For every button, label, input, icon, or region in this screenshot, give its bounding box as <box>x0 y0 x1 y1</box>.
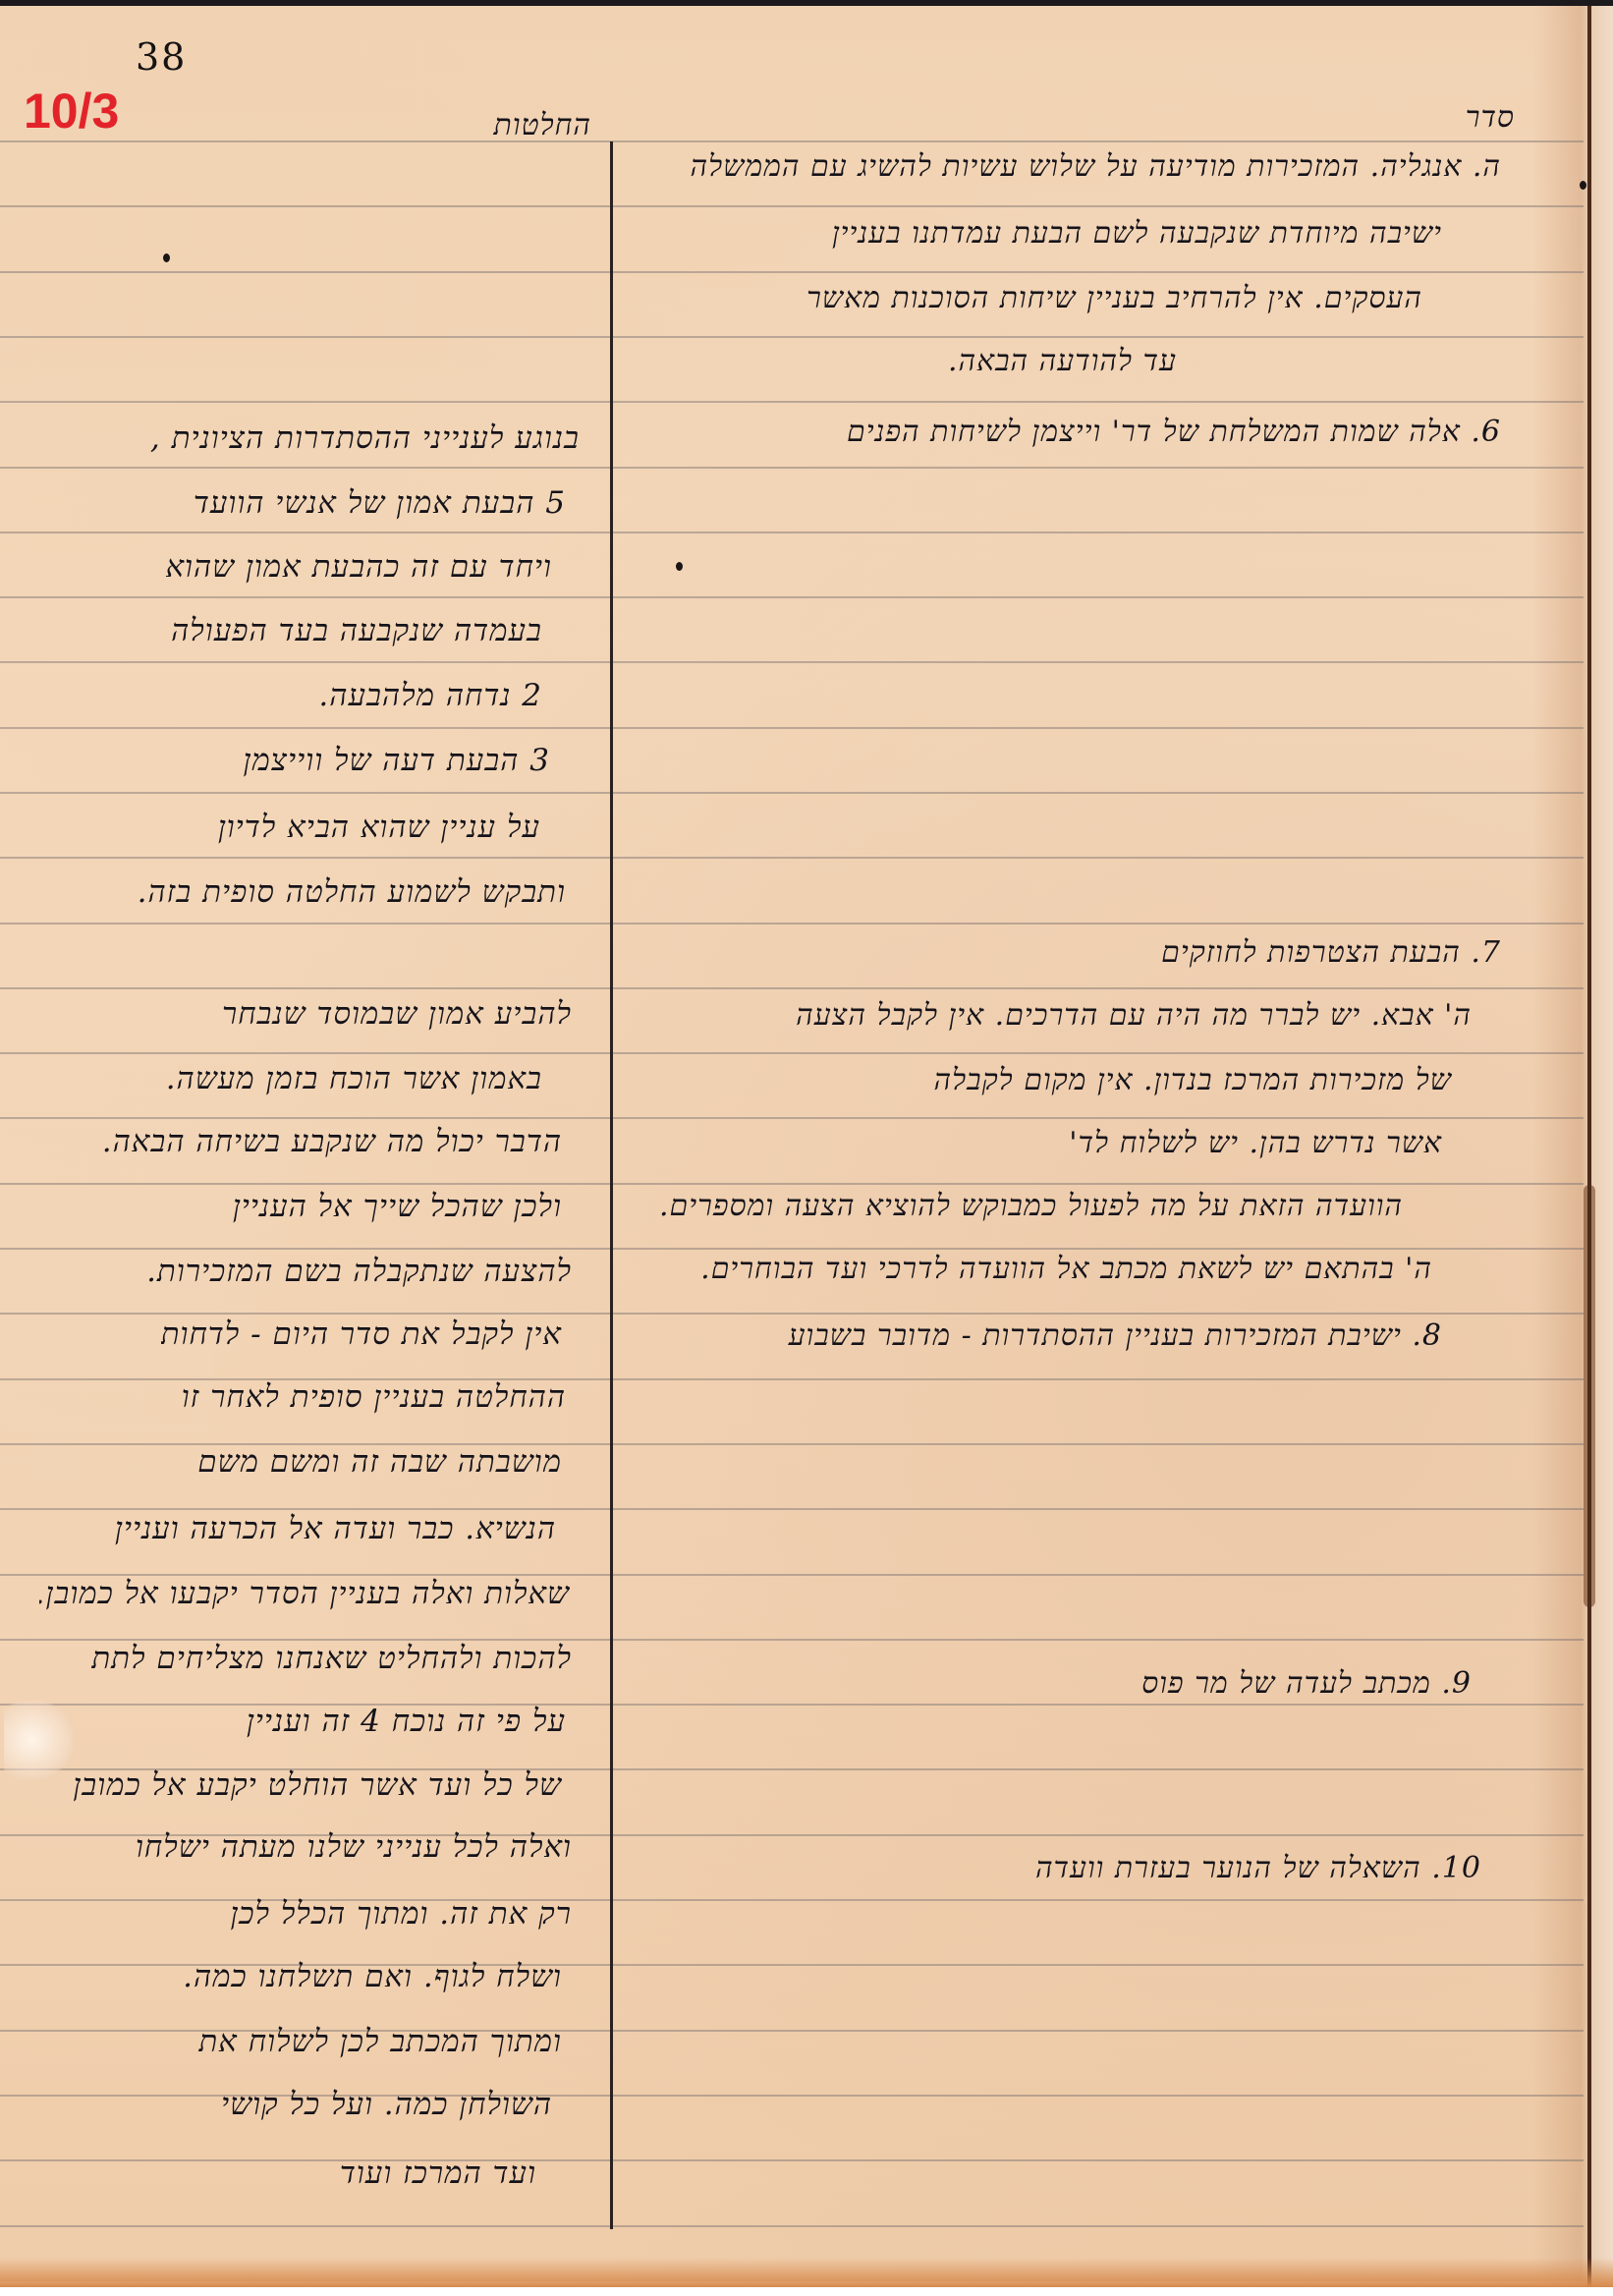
decision-line: ועד המרכז ועוד <box>340 2156 536 2191</box>
ruled-line <box>0 336 1584 338</box>
left-column-header: החלטות <box>494 108 591 142</box>
decision-line: 2 נדחה מלהבעה. <box>318 678 542 713</box>
agenda-line: ה. אנגליה. המזכירות מודיעה על שלוש עשיות… <box>676 149 1501 184</box>
decision-line: 5 הבעת אמון של אנשי הוועד <box>194 485 566 521</box>
agenda-line: ה' אבא. יש לברר מה היה עם הדרכים. אין לק… <box>637 998 1472 1033</box>
ruled-line <box>0 1183 1584 1185</box>
decision-line: להביע אמון שבמוסד שנבחר <box>222 996 572 1032</box>
ruled-line <box>0 1508 1584 1510</box>
date-annotation: 10/3 <box>24 83 119 140</box>
agenda-line: 10. השאלה של הנוער בעזרת וועדה <box>872 1851 1481 1885</box>
decision-line: ואלה לכל ענייני שלנו מעתה ישלחו <box>136 1829 572 1865</box>
agenda-line: אשר נדרש בהן. יש לשלוח לד' <box>695 1126 1442 1160</box>
ruled-line <box>0 792 1584 794</box>
decision-line: הנשיא. כבר ועדה אל הכרעה ועניין <box>115 1511 556 1546</box>
ruled-line <box>0 1052 1584 1054</box>
agenda-line: 9. מכתב לעדה של מר פוס <box>1059 1666 1472 1701</box>
paper-sheet: 38 10/3 החלטות סדר ה. אנגליה. המזכירות מ… <box>0 6 1613 2281</box>
ruled-line <box>0 1248 1584 1250</box>
binding-line <box>1587 6 1591 2287</box>
decision-line: בעמדה שנקבעה בעד הפעולה <box>171 613 542 648</box>
decision-line: על עניין שהוא הביא לדיון <box>218 810 540 845</box>
decision-line: השולחן כמה. ועל כל קושי <box>221 2087 552 2122</box>
ruled-line <box>0 727 1584 729</box>
decision-line: של כל ועד אשר הוחלט יקבע אל כמובן <box>73 1767 562 1803</box>
page-right-edge-shadow <box>1532 6 1613 2287</box>
ruled-line <box>0 205 1584 207</box>
column-divider-line <box>610 141 613 2229</box>
decision-line: מושבתה שבה זה ומשם משם <box>197 1444 562 1480</box>
ink-dot <box>676 562 683 571</box>
decision-line: ויחד עם זה כהבעת אמון שהוא <box>165 549 552 585</box>
decision-line: אין לקבל את סדר היום - לדחות <box>161 1316 562 1352</box>
notebook-page: 38 10/3 החלטות סדר ה. אנגליה. המזכירות מ… <box>0 0 1613 2296</box>
decision-line: ומתוך המכתב לכן לשלוח את <box>198 2024 562 2059</box>
bottom-edge-discoloration <box>0 2258 1613 2287</box>
ruled-line <box>0 596 1584 598</box>
ruled-line <box>0 923 1584 924</box>
ruled-line <box>0 987 1584 989</box>
agenda-line: 7. הבעת הצטרפות לחוזקים <box>1039 935 1501 970</box>
agenda-line: ישיבה מיוחדת שנקבעה לשם הבעת עמדתנו בעני… <box>735 216 1442 251</box>
decision-line: 3 הבעת דעה של ווייצמן <box>244 743 551 778</box>
agenda-line: 8. ישיבת המזכירות בעניין ההסתדרות - מדוב… <box>656 1318 1442 1353</box>
decision-line: להכות ולהחליט שאנחנו מצליחים לתת <box>91 1641 572 1676</box>
decision-line: באמון אשר הוכח בזמן מעשה. <box>166 1061 542 1096</box>
decision-line: ולכן שהכל שייך אל העניין <box>233 1189 562 1224</box>
decision-line: ההחלטה בעניין סופית לאחר זו <box>182 1379 566 1415</box>
decision-line: בנוגע לענייני ההסתדרות הציונית , <box>150 420 580 456</box>
decision-line: ושלח לגוף. ואם תשלחנו כמה. <box>183 1959 562 1994</box>
agenda-line: הוועדה הזאת על מה לפעול כמבוקש להוציא הצ… <box>479 1189 1403 1223</box>
ink-dot <box>163 253 170 262</box>
ruled-line <box>0 401 1584 403</box>
paper-tear-mark <box>4 1701 73 1779</box>
agenda-line: של מזכירות המרכז בנדון. אין מקום לקבלה <box>637 1063 1452 1097</box>
decision-line: ותבקש לשמוע החלטה סופית בזה. <box>138 874 566 910</box>
ruled-line <box>0 661 1584 663</box>
decision-line: הדבר יכול מה שנקבע בשיחה הבאה. <box>102 1124 562 1159</box>
ruled-line <box>0 1704 1584 1706</box>
ruled-line <box>0 1313 1584 1315</box>
binding-pin <box>1580 181 1586 190</box>
ruled-line <box>0 1117 1584 1119</box>
ruled-line <box>0 271 1584 273</box>
ruled-line <box>0 467 1584 469</box>
agenda-line: עד להודעה הבאה. <box>823 344 1177 378</box>
ruled-line <box>0 2225 1584 2227</box>
ruled-line <box>0 857 1584 859</box>
ruled-line <box>0 140 1584 142</box>
decision-line: שאלות ואלה בעניין הסדר יקבעו אל כמובן. <box>39 1576 570 1611</box>
agenda-line: ה' בהתאם יש לשאת מכתב אל הוועדה לדרכי וע… <box>568 1252 1432 1286</box>
decision-line: להצעה שנתקבלה בשם המזכירות. <box>146 1254 572 1289</box>
right-column-header: סדר <box>1466 100 1515 135</box>
agenda-line: 6. אלה שמות המשלחת של דר' וייצמן לשיחות … <box>715 415 1501 449</box>
printed-page-number: 38 <box>136 35 187 79</box>
ruled-line <box>0 532 1584 533</box>
decision-line: רק את זה. ומתוך הכלל לכן <box>230 1896 572 1932</box>
agenda-line: העסקים. אין להרחיב בעניין שיחות הסוכנות … <box>715 281 1422 315</box>
ruled-line <box>0 2159 1584 2161</box>
decision-line: על פי זה נוכח 4 זה ועניין <box>247 1704 566 1739</box>
